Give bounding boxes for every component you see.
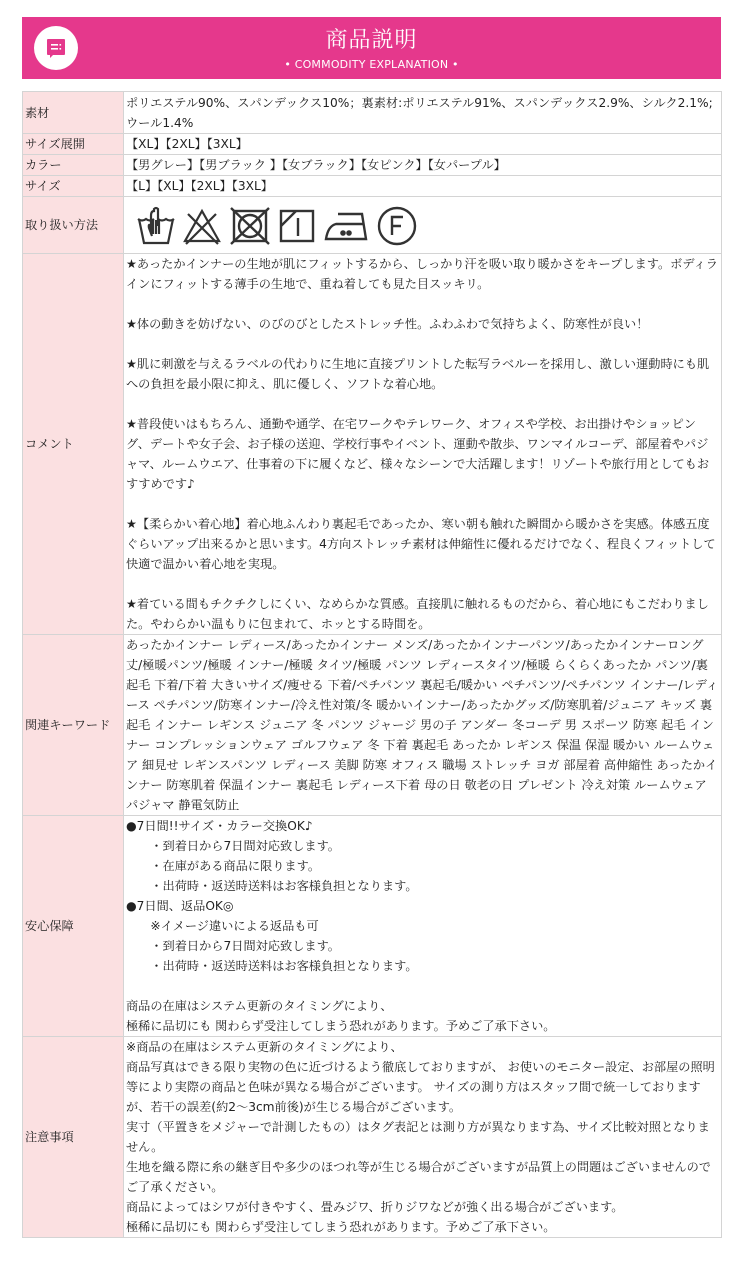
dry-clean-f-icon — [376, 205, 418, 247]
row-value: 【XL】【2XL】【3XL】 — [124, 134, 722, 155]
drip-dry-shade-icon — [278, 206, 316, 246]
text-line: ※イメージ違いによる返品も可 — [126, 916, 719, 936]
row-label: サイズ展開 — [23, 134, 124, 155]
page-subtitle: • COMMODITY EXPLANATION • — [22, 58, 721, 71]
text-line: 生地を織る際に糸の継ぎ目や多少のほつれ等が生じる場合がございますが品質上の問題は… — [126, 1157, 719, 1197]
row-label: 素材 — [23, 92, 124, 134]
text-line: ・在庫がある商品に限ります。 — [126, 856, 719, 876]
text-line: ●7日間!!サイズ・カラー交換OK♪ — [126, 816, 719, 836]
table-row: 取り扱い方法 — [23, 197, 722, 254]
text-line: 実寸（平置きをメジャーで計測したもの）はタグ表記とは測り方が異なります為、サイズ… — [126, 1117, 719, 1157]
row-label: 安心保障 — [23, 816, 124, 1037]
text-line: ・到着日から7日間対応致します。 — [126, 936, 719, 956]
paragraph: ★あったかインナーの生地が肌にフィットするから、しっかり汗を吸い取り暖かさをキー… — [126, 254, 719, 294]
row-value: 【男グレー】【男ブラック 】【女ブラック】【女ピンク】【女パープル】 — [124, 155, 722, 176]
hand-wash-icon — [136, 206, 176, 246]
comment-text: ★あったかインナーの生地が肌にフィットするから、しっかり汗を吸い取り暖かさをキー… — [124, 254, 722, 635]
text-line: ●7日間、返品OK◎ — [126, 896, 719, 916]
table-row: 注意事項 ※商品の在庫はシステム更新のタイミングにより、 商品写真はできる限り実… — [23, 1037, 722, 1238]
paragraph: ★着ている間もチクチクしにくい、なめらかな質感。直接肌に触れるものだから、着心地… — [126, 594, 719, 634]
text-line: 極稀に品切にも 関わらず受注してしまう恐れがあります。予めご了承下さい。 — [126, 1217, 719, 1237]
no-bleach-icon — [182, 206, 222, 246]
paragraph: ★【柔らかい着心地】着心地ふんわり裏起毛であったか、寒い朝も触れた瞬間から暖かさ… — [126, 514, 719, 574]
row-label: 関連キーワード — [23, 635, 124, 816]
row-value: ポリエステル90%、スパンデックス10%；裏素材:ポリエステル91%、スパンデッ… — [124, 92, 722, 134]
text-line: 極稀に品切にも 関わらず受注してしまう恐れがあります。予めご了承下さい。 — [126, 1016, 719, 1036]
spec-table: 素材 ポリエステル90%、スパンデックス10%；裏素材:ポリエステル91%、スパ… — [22, 91, 722, 1238]
text-line: ※商品の在庫はシステム更新のタイミングにより、 — [126, 1037, 719, 1057]
header-banner: 商品説明 • COMMODITY EXPLANATION • — [22, 17, 721, 79]
row-label: コメント — [23, 254, 124, 635]
notes-text: ※商品の在庫はシステム更新のタイミングにより、 商品写真はできる限り実物の色に近… — [124, 1037, 722, 1238]
paragraph: ★普段使いはもちろん、通勤や通学、在宅ワークやテレワーク、オフィスや学校、お出掛… — [126, 414, 719, 494]
text-line: 商品の在庫はシステム更新のタイミングにより、 — [126, 996, 719, 1016]
text-line: ・到着日から7日間対応致します。 — [126, 836, 719, 856]
iron-medium-icon — [322, 206, 370, 246]
row-label: 取り扱い方法 — [23, 197, 124, 254]
table-row: サイズ 【L】【XL】【2XL】【3XL】 — [23, 176, 722, 197]
keywords-text: あったかインナー レディース/あったかインナー メンズ/あったかインナーパンツ/… — [124, 635, 722, 816]
text-line: ・出荷時・返送時送料はお客様負担となります。 — [126, 956, 719, 976]
table-row: コメント ★あったかインナーの生地が肌にフィットするから、しっかり汗を吸い取り暖… — [23, 254, 722, 635]
text-line: ・出荷時・返送時送料はお客様負担となります。 — [126, 876, 719, 896]
text-line: 商品写真はできる限り実物の色に近づけるよう徹底しておりますが、 お使いのモニター… — [126, 1057, 719, 1117]
paragraph: ★肌に刺激を与えるラベルの代わりに生地に直接プリントした転写ラベルーを採用し、激… — [126, 354, 719, 394]
care-symbols — [124, 197, 722, 254]
table-row: 素材 ポリエステル90%、スパンデックス10%；裏素材:ポリエステル91%、スパ… — [23, 92, 722, 134]
row-value: 【L】【XL】【2XL】【3XL】 — [124, 176, 722, 197]
page-title: 商品説明 — [22, 23, 721, 54]
table-row: 安心保障 ●7日間!!サイズ・カラー交換OK♪ ・到着日から7日間対応致します。… — [23, 816, 722, 1037]
text-line — [126, 976, 719, 996]
table-row: 関連キーワード あったかインナー レディース/あったかインナー メンズ/あったか… — [23, 635, 722, 816]
row-label: 注意事項 — [23, 1037, 124, 1238]
table-row: サイズ展開 【XL】【2XL】【3XL】 — [23, 134, 722, 155]
row-label: カラー — [23, 155, 124, 176]
table-row: カラー 【男グレー】【男ブラック 】【女ブラック】【女ピンク】【女パープル】 — [23, 155, 722, 176]
row-label: サイズ — [23, 176, 124, 197]
paragraph: ★体の動きを妨げない、のびのびとしたストレッチ性。ふわふわで気持ちよく、防寒性が… — [126, 314, 719, 334]
guarantee-text: ●7日間!!サイズ・カラー交換OK♪ ・到着日から7日間対応致します。 ・在庫が… — [124, 816, 722, 1037]
text-line: 商品によってはシワが付きやすく、畳みジワ、折りジワなどが強く出る場合がございます… — [126, 1197, 719, 1217]
no-tumble-dry-icon — [228, 206, 272, 246]
